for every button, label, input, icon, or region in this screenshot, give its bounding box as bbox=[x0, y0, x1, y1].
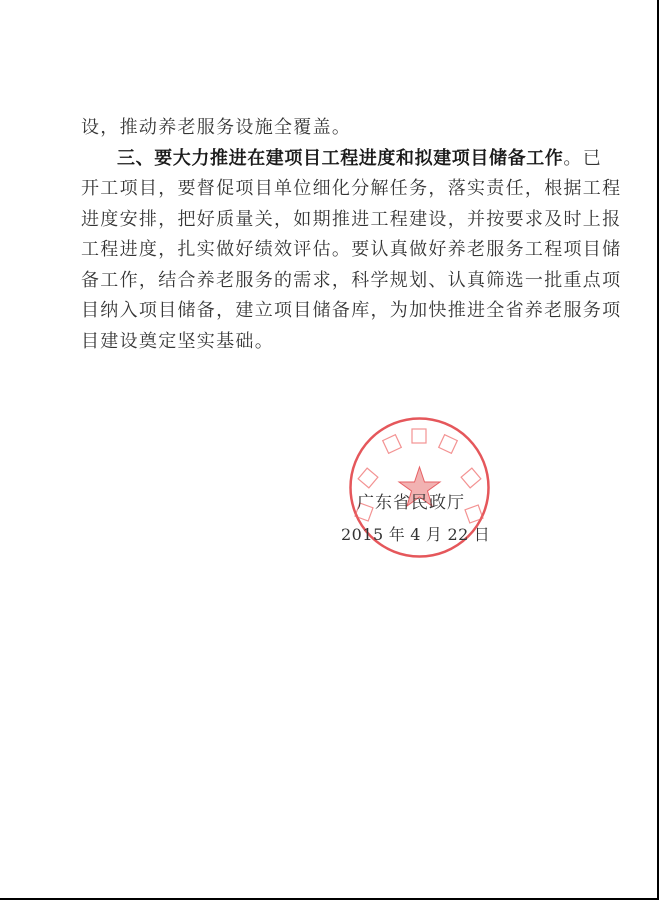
issuing-organization: 广东省民政厅 bbox=[357, 488, 465, 513]
date-year-unit: 年 bbox=[389, 525, 406, 544]
issue-date: 2015年4月22日 bbox=[341, 522, 495, 545]
body-line: 备工作，结合养老服务的需求，科学规划、认真筛选一批重点项 bbox=[81, 266, 569, 297]
section-3-heading-tail: 。已 bbox=[563, 148, 602, 169]
date-day-unit: 日 bbox=[474, 525, 491, 544]
body-line: 工程进度，扎实做好绩效评估。要认真做好养老服务工程项目储 bbox=[81, 235, 569, 266]
section-3-heading: 三、要大力推进在建项目工程进度和拟建项目储备工作 bbox=[117, 148, 563, 169]
date-month-unit: 月 bbox=[426, 525, 443, 544]
paragraph-tail-line: 设，推动养老服务设施全覆盖。 bbox=[81, 113, 569, 144]
document-page: 设，推动养老服务设施全覆盖。 三、要大力推进在建项目工程进度和拟建项目储备工作。… bbox=[0, 0, 659, 900]
date-day: 22 bbox=[447, 525, 468, 544]
section-3-first-line: 三、要大力推进在建项目工程进度和拟建项目储备工作。已 bbox=[81, 144, 569, 175]
date-year: 2015 bbox=[341, 525, 384, 544]
date-month: 4 bbox=[410, 525, 421, 544]
body-line: 目纳入项目储备，建立项目储备库，为加快推进全省养老服务项 bbox=[81, 296, 569, 327]
body-line: 进度安排，把好质量关，如期推进工程建设，并按要求及时上报 bbox=[81, 205, 569, 236]
body-line: 开工项目，要督促项目单位细化分解任务，落实责任，根据工程 bbox=[81, 174, 569, 205]
body-line: 目建设奠定坚实基础。 bbox=[81, 327, 569, 358]
document-body: 设，推动养老服务设施全覆盖。 三、要大力推进在建项目工程进度和拟建项目储备工作。… bbox=[81, 113, 569, 357]
